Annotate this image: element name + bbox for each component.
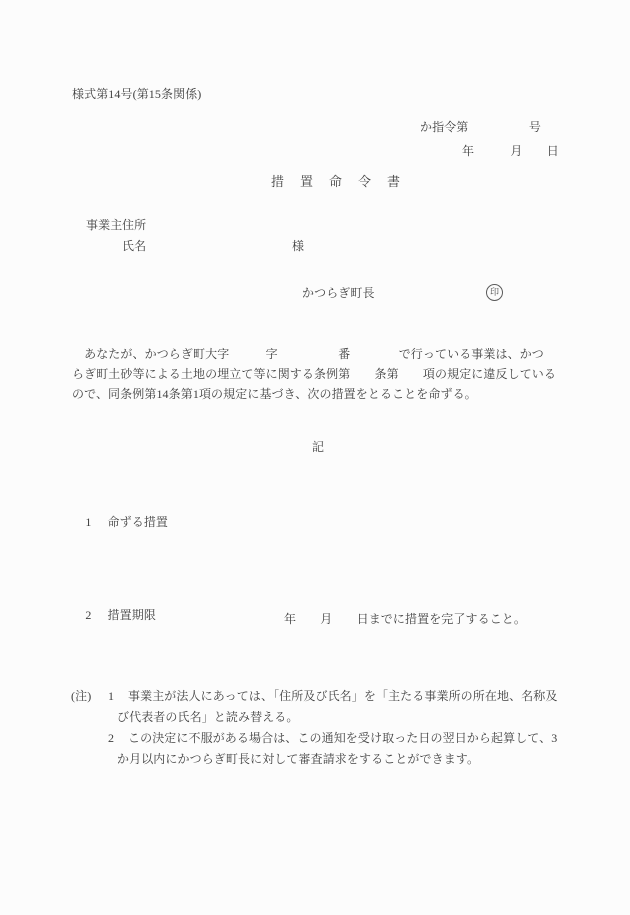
form-number: 様式第14号(第15条関係) <box>72 87 201 101</box>
body-line-1: あなたが、かつらぎ町大字 字 番 で行っている事業は、かつ <box>72 347 544 361</box>
body-line-2: らぎ町土砂等による土地の埋立て等に関する条例第 条第 項の規定に違反している <box>72 367 556 381</box>
note-2-line-1: この決定に不服がある場合は、この通知を受け取った日の翌日から起算して、3 <box>128 731 557 745</box>
directive-number-line: か指令第 号 <box>420 120 541 134</box>
document-page: 様式第14号(第15条関係) か指令第 号 年 月 日 措置命令書 事業主 住所… <box>0 0 630 915</box>
notes-label: (注) <box>71 689 91 703</box>
date-line: 年 月 日 <box>462 144 559 158</box>
issuer-name: かつらぎ町長 <box>302 286 375 300</box>
item-1-label: 命ずる措置 <box>108 515 169 529</box>
document-title: 措置命令書 <box>271 175 416 189</box>
body-line-3: ので、同条例第14条第1項の規定に基づき、次の措置をとることを命ずる。 <box>72 387 477 401</box>
honorific: 様 <box>292 239 304 253</box>
item-2: 2措置期限 <box>73 594 156 636</box>
ki-mark: 記 <box>312 440 324 454</box>
deadline-line: 年 月 日までに措置を完了すること。 <box>284 612 526 626</box>
business-owner-label: 事業主 <box>86 218 122 232</box>
item-1: 1命ずる措置 <box>73 501 168 543</box>
note-1-number: 1 <box>108 689 114 703</box>
address-label: 住所 <box>122 218 146 232</box>
note-2-number: 2 <box>108 731 114 745</box>
item-1-number: 1 <box>85 515 91 529</box>
item-2-number: 2 <box>85 608 91 622</box>
note-2-line-2: か月以内にかつらぎ町長に対して審査請求をすることができます。 <box>117 752 479 766</box>
note-1-line-1: 事業主が法人にあっては、「住所及び氏名」を「主たる事業所の所在地、名称及 <box>128 689 557 703</box>
item-2-label: 措置期限 <box>108 608 156 622</box>
note-1-line-2: び代表者の氏名」と読み替える。 <box>117 710 299 724</box>
seal-icon: 印 <box>486 284 503 301</box>
name-label: 氏名 <box>122 239 146 253</box>
